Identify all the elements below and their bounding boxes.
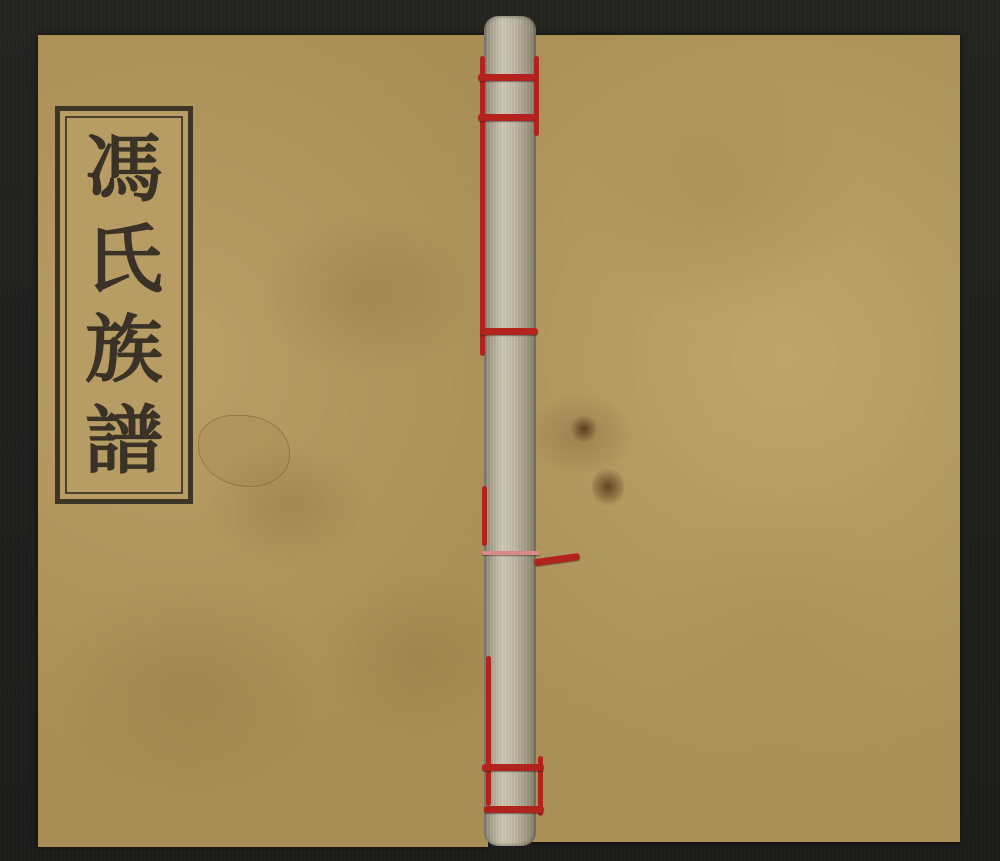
dark-stain <box>570 415 598 443</box>
binding-stitch <box>478 74 536 81</box>
binding-thread <box>480 56 485 356</box>
title-character: 氏 <box>85 223 163 297</box>
binding-thread <box>486 656 491 806</box>
back-cover <box>520 35 960 842</box>
title-slip-frame: 馮 氏 族 譜 <box>65 116 183 494</box>
book-spine <box>478 16 544 846</box>
title-slip: 馮 氏 族 譜 <box>55 106 193 504</box>
page-block-edge <box>484 16 536 846</box>
binding-stitch <box>480 328 538 335</box>
dark-stain <box>592 465 624 509</box>
binding-thread <box>482 486 487 546</box>
binding-stitch <box>484 806 544 813</box>
title-character: 譜 <box>85 404 163 478</box>
binding-thread <box>534 56 539 136</box>
title-character: 族 <box>85 313 163 387</box>
title-character: 馮 <box>85 132 163 206</box>
binding-stitch <box>482 764 544 771</box>
binding-stitch <box>478 114 536 121</box>
binding-stitch <box>482 551 540 555</box>
